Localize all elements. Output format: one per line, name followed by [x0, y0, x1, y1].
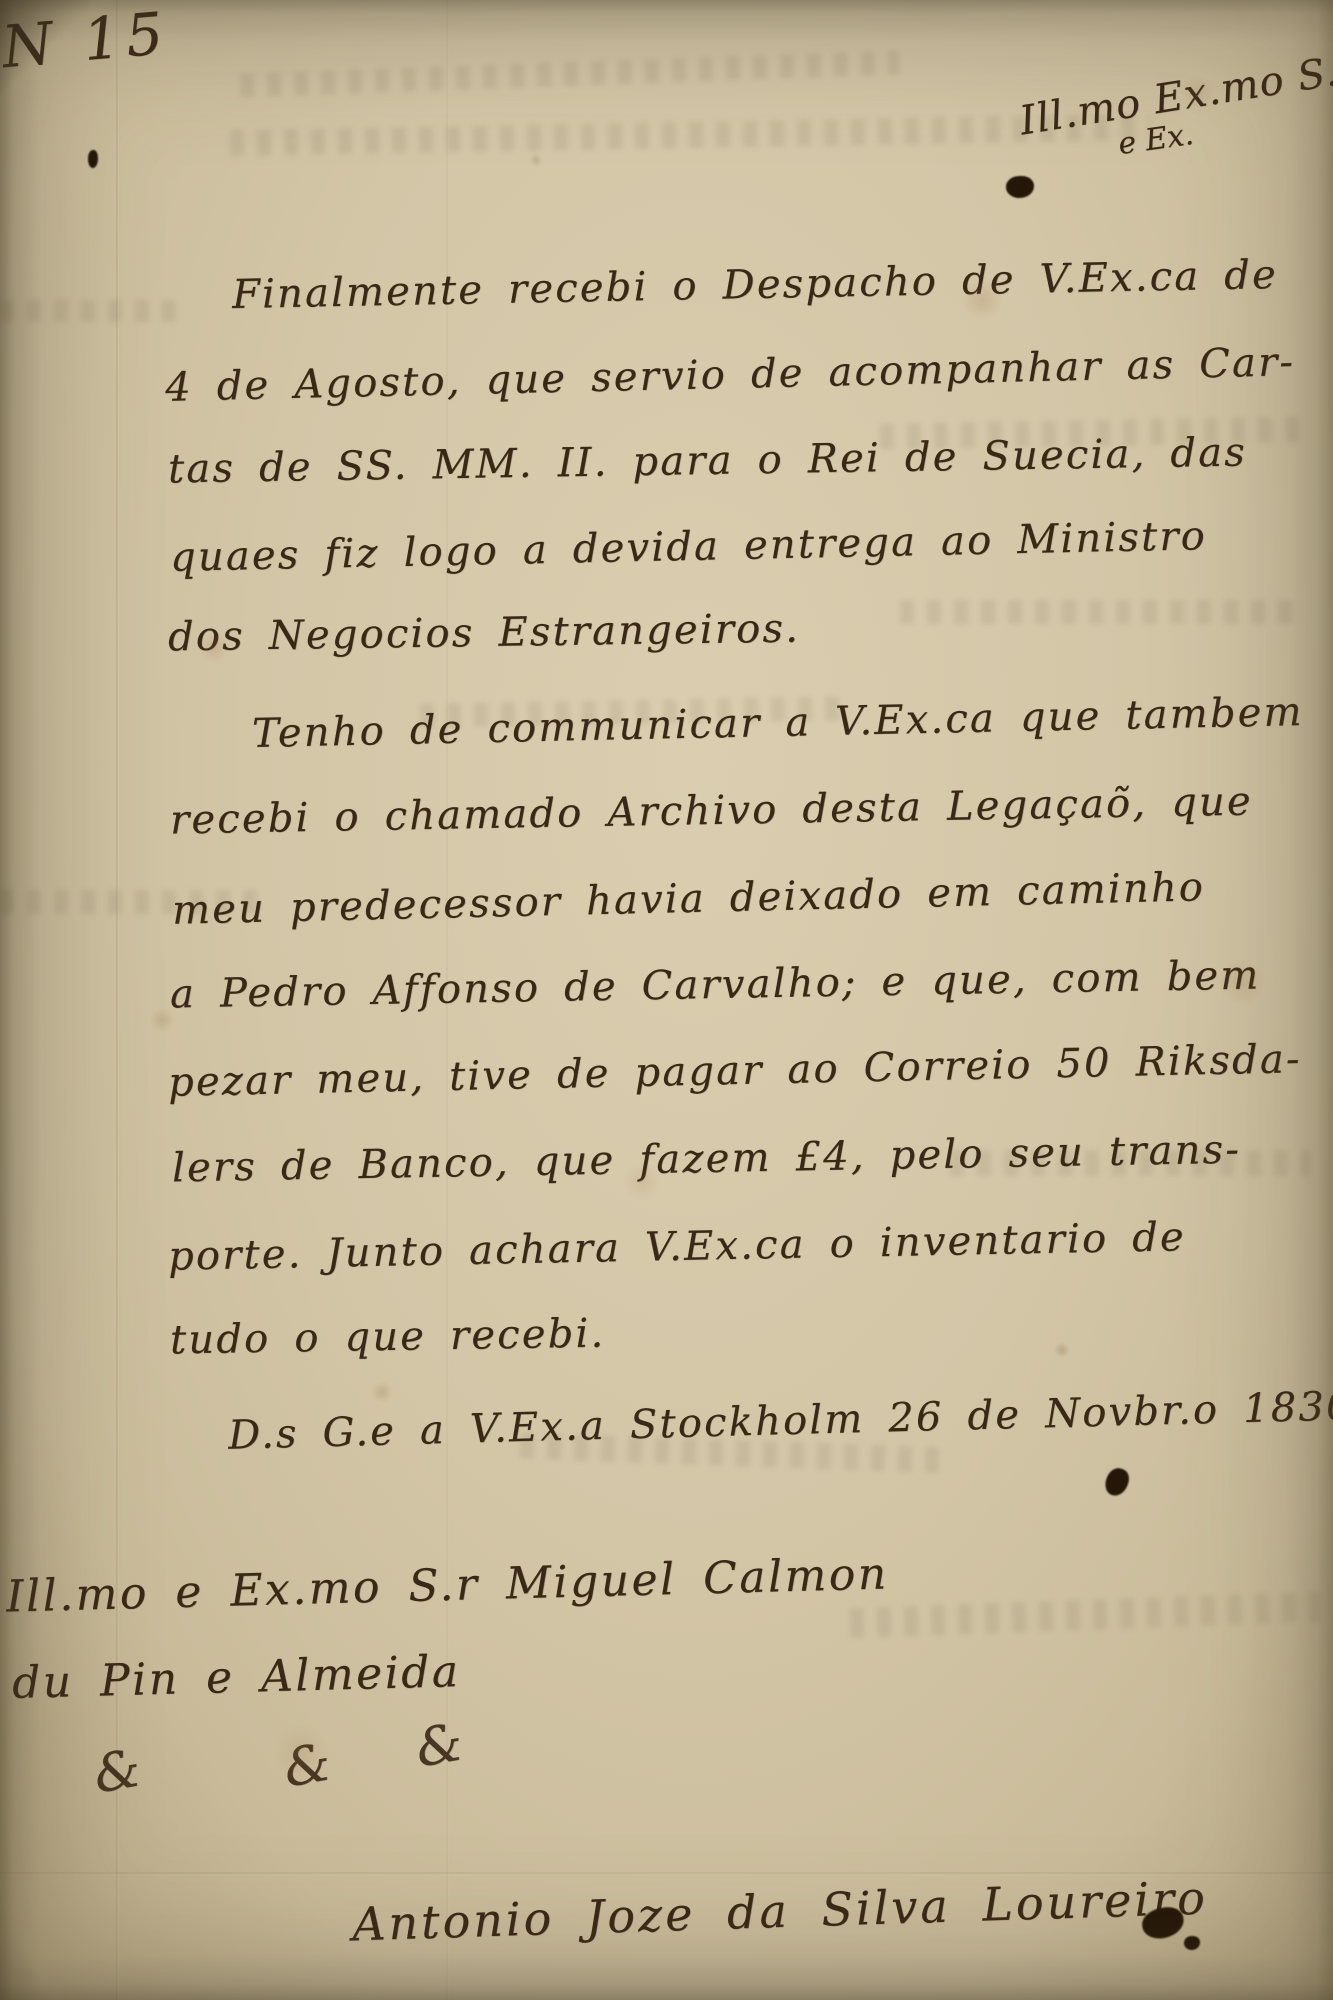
bleedthrough-streak [0, 300, 180, 322]
body-line: pezar meu, tive de pagar ao Correio 50 R… [168, 1036, 1302, 1106]
body-line: meu predecessor havia deixado em caminho [172, 864, 1206, 933]
flourish-mark: & [89, 1738, 145, 1805]
body-line: a Pedro Affonso de Carvalho; e que, com … [170, 952, 1261, 1017]
page-number: N 15 [0, 0, 172, 81]
body-line: recebi o chamado Archivo desta Legaçaõ, … [170, 779, 1253, 844]
bleedthrough-streak [230, 114, 1150, 156]
body-line: porte. Junto achara V.Ex.ca o inventario… [168, 1214, 1187, 1280]
body-line: Finalmente recebi o Despacho de V.Ex.ca … [232, 252, 1279, 318]
body-line: lers de Banco, que fazem £4, pelo seu tr… [172, 1127, 1242, 1192]
ink-blot [1184, 1936, 1200, 1950]
closing-line: D.s G.e a V.Ex.a Stockholm 26 de Novbr.o… [228, 1383, 1333, 1458]
body-line: tas de SS. MM. II. para o Rei de Suecia,… [168, 430, 1248, 493]
bleedthrough-streak [240, 50, 900, 97]
address-line-2: du Pin e Almeida [11, 1646, 461, 1709]
bleedthrough-streak [850, 1592, 1321, 1638]
manuscript-page: N 15 Ill.mo Ex.mo S.r e Ex. Finalmente r… [0, 0, 1333, 2000]
signature: Antonio Joze da Silva Loureiro [351, 1871, 1208, 1952]
ink-blot [1102, 1465, 1132, 1499]
body-line: Tenho de communicar a V.Ex.ca que tambem [252, 689, 1304, 757]
ink-blot [88, 150, 98, 168]
ink-blot [1006, 176, 1034, 198]
flourish-mark: & [279, 1732, 335, 1799]
body-line: dos Negocios Estrangeiros. [168, 606, 801, 661]
bleedthrough-streak [900, 600, 1300, 624]
address-line-1: Ill.mo e Ex.mo S.r Miguel Calmon [5, 1548, 889, 1622]
body-line: 4 de Agosto, que servio de acompanhar as… [165, 339, 1296, 411]
body-line: quaes fiz logo a devida entrega ao Minis… [170, 513, 1208, 581]
flourish-mark: & [411, 1712, 467, 1779]
body-line: tudo o que recebi. [170, 1311, 606, 1364]
